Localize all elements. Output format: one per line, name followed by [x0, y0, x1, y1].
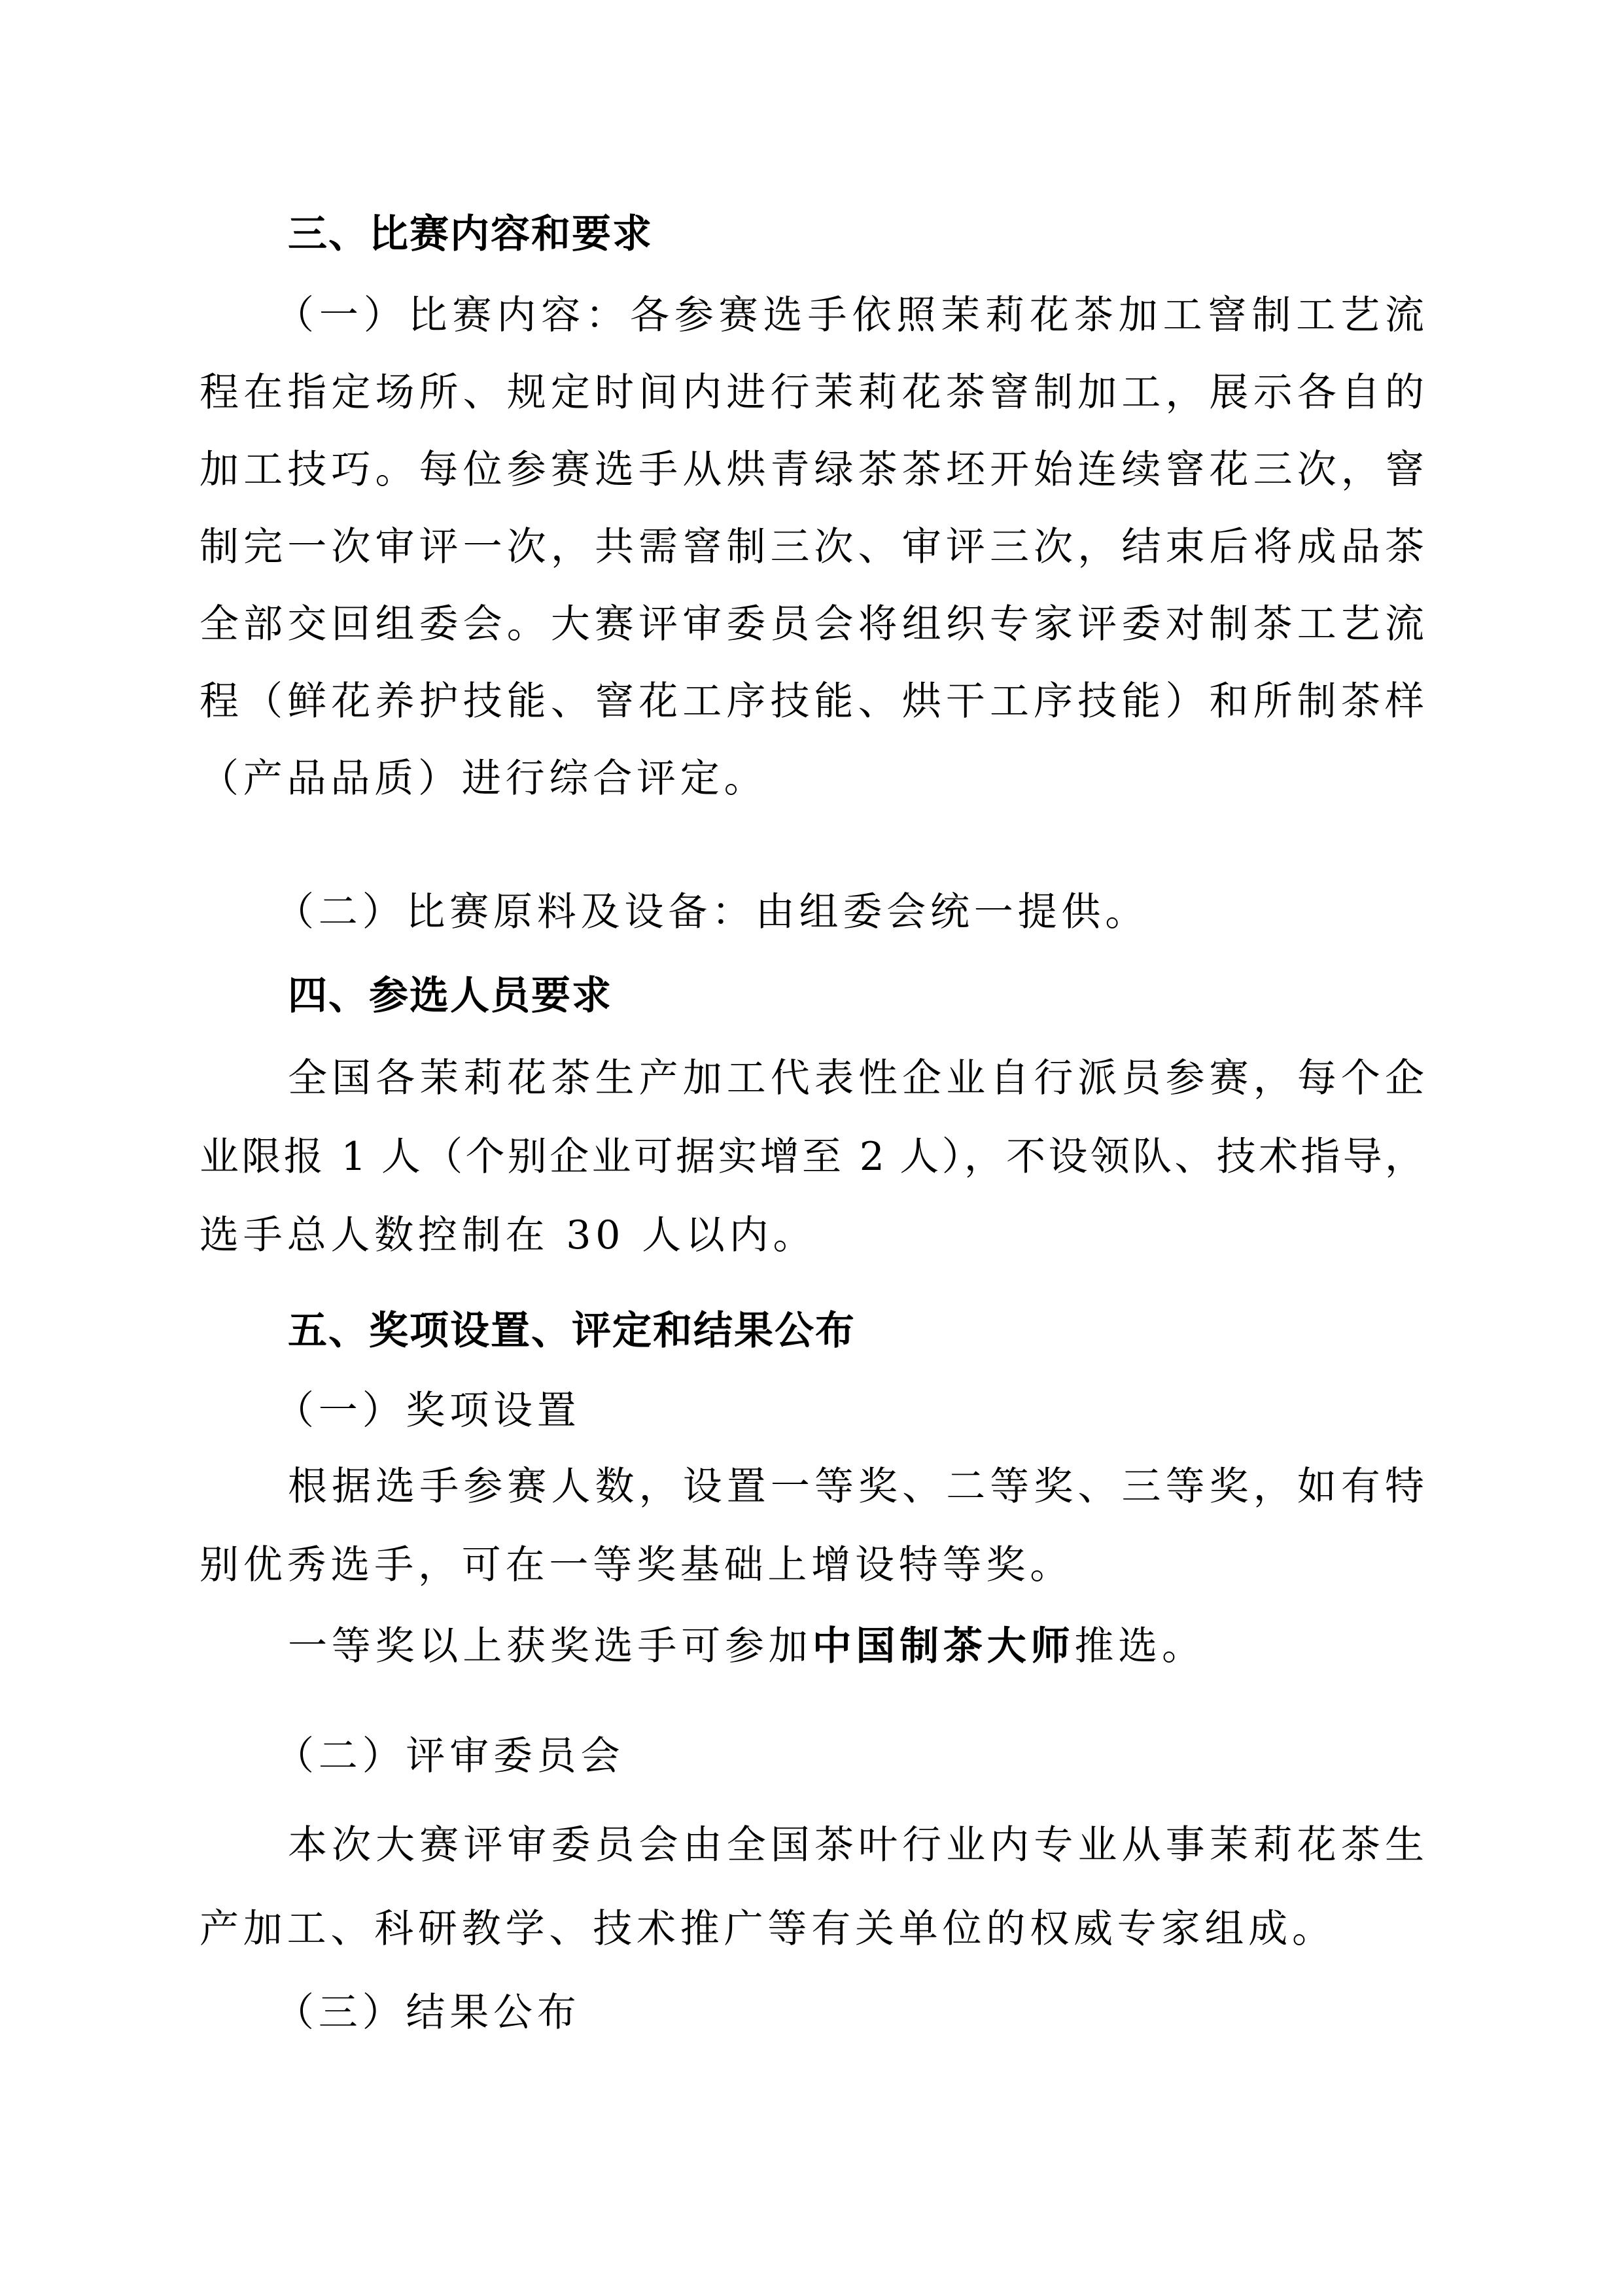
section5-sub1-para-line-2: 别优秀选手，可在一等奖基础上增设特等奖。 — [200, 1539, 1424, 1591]
section-heading-4: 四、参选人员要求 — [288, 970, 1424, 1022]
highlighted-term: 中国制茶大师 — [812, 1623, 1075, 1669]
section5-sub1-para-line-1: 根据选手参赛人数，设置一等奖、二等奖、三等奖，如有特 — [288, 1460, 1424, 1513]
section3-item1-line-7: （产品品质）进行综合评定。 — [200, 752, 1424, 805]
para2-prefix: 一等奖以上获奖选手可参加 — [288, 1623, 812, 1669]
section4-para-line-1: 全国各茉莉花茶生产加工代表性企业自行派员参赛，每个企 — [288, 1052, 1424, 1104]
section3-item1-line-4: 制完一次审评一次，共需窨制三次、审评三次，结束后将成品茶 — [200, 521, 1424, 573]
document-page: 三、比赛内容和要求 （一）比赛内容：各参赛选手依照茉莉花茶加工窨制工艺流 程在指… — [0, 0, 1623, 2296]
section3-item1-line-5: 全部交回组委会。大赛评审委员会将组织专家评委对制茶工艺流 — [200, 598, 1424, 650]
section5-sub1-title: （一）奖项设置 — [275, 1385, 1499, 1437]
section4-para-line-3: 选手总人数控制在 30 人以内。 — [200, 1209, 1424, 1262]
section4-para-line-2: 业限报 1 人（个别企业可据实增至 2 人），不设领队、技术指导， — [200, 1131, 1424, 1183]
section5-sub1-para2: 一等奖以上获奖选手可参加中国制茶大师推选。 — [288, 1620, 1424, 1672]
section-heading-5: 五、奖项设置、评定和结果公布 — [288, 1305, 1424, 1357]
section5-sub2-title: （二）评审委员会 — [275, 1730, 1499, 1782]
section5-sub3-title: （三）结果公布 — [275, 1987, 1499, 2039]
section3-item1-line-3: 加工技巧。每位参赛选手从烘青绿茶茶坯开始连续窨花三次，窨 — [200, 444, 1424, 496]
section5-sub2-para-line-1: 本次大赛评审委员会由全国茶叶行业内专业从事茉莉花茶生 — [288, 1819, 1424, 1871]
section5-sub2-para-line-2: 产加工、科研教学、技术推广等有关单位的权威专家组成。 — [200, 1903, 1424, 1955]
section3-item1-line-6: 程（鲜花养护技能、窨花工序技能、烘干工序技能）和所制茶样 — [200, 675, 1424, 728]
section3-item2: （二）比赛原料及设备：由组委会统一提供。 — [275, 886, 1499, 938]
section-heading-3: 三、比赛内容和要求 — [288, 208, 1424, 260]
section3-item1-line-1: （一）比赛内容：各参赛选手依照茉莉花茶加工窨制工艺流 — [275, 289, 1424, 342]
section3-item1-line-2: 程在指定场所、规定时间内进行茉莉花茶窨制加工，展示各自的 — [200, 366, 1424, 419]
para2-suffix: 推选。 — [1074, 1623, 1205, 1669]
